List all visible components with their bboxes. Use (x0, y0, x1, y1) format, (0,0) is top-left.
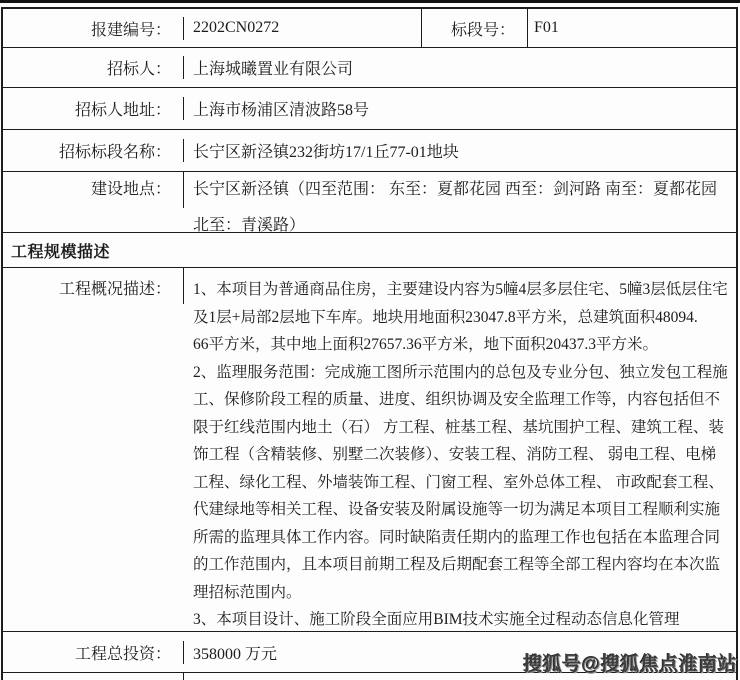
registration-number-value-cell: 2202CN0272 (184, 9, 422, 47)
project-overview-label: 工程概况描述： (3, 268, 184, 304)
row-project-overview: 工程概况描述： 1、本项目为普通商品住房，主要建设内容为5幢4层多层住宅、5幢3… (3, 268, 736, 632)
tenderer-address-value: 上海市杨浦区清波路58号 (184, 97, 736, 120)
row-tenderer: 招标人： 上海城曦置业有限公司 (3, 48, 736, 88)
lot-number-value: F01 (528, 19, 736, 37)
registration-number-value: 2202CN0272 (184, 19, 421, 37)
next-row-label-cell (3, 673, 184, 680)
section-name-label: 招标标段名称： (3, 139, 184, 162)
lot-number-label: 标段号： (422, 9, 528, 47)
total-investment-label: 工程总投资： (3, 641, 184, 664)
tenderer-address-label: 招标人地址： (3, 97, 184, 120)
project-overview-value: 1、本项目为普通商品住房，主要建设内容为5幢4层多层住宅、5幢3层低层住宅 及1… (184, 268, 736, 634)
row-section-name: 招标标段名称： 长宁区新泾镇232街坊17/1丘77-01地块 (3, 130, 736, 172)
document-screenshot: 报建编号： 2202CN0272 标段号： F01 招标人： 上海城曦置业有限公… (0, 0, 740, 680)
tenderer-value: 上海城曦置业有限公司 (184, 56, 736, 79)
section-name-value: 长宁区新泾镇232街坊17/1丘77-01地块 (184, 139, 736, 162)
row-scale-section-header: 工程规模描述 (3, 233, 736, 268)
row-construction-location: 建设地点： 长宁区新泾镇（四至范围： 东至：夏都花园 西至：剑河路 南至：夏都花… (3, 172, 736, 233)
tenderer-label: 招标人： (3, 56, 184, 79)
row-tenderer-address: 招标人地址： 上海市杨浦区清波路58号 (3, 88, 736, 130)
scale-section-header: 工程规模描述 (3, 239, 110, 262)
construction-location-label: 建设地点： (3, 172, 184, 208)
row-registration-number: 报建编号： 2202CN0272 标段号： F01 (3, 9, 736, 48)
registration-number-label: 报建编号： (3, 17, 184, 40)
bid-info-table: 报建编号： 2202CN0272 标段号： F01 招标人： 上海城曦置业有限公… (1, 7, 738, 680)
top-crop-border (0, 0, 740, 3)
sohu-watermark-text: 搜狐号@搜狐焦点淮南站 (523, 649, 737, 676)
